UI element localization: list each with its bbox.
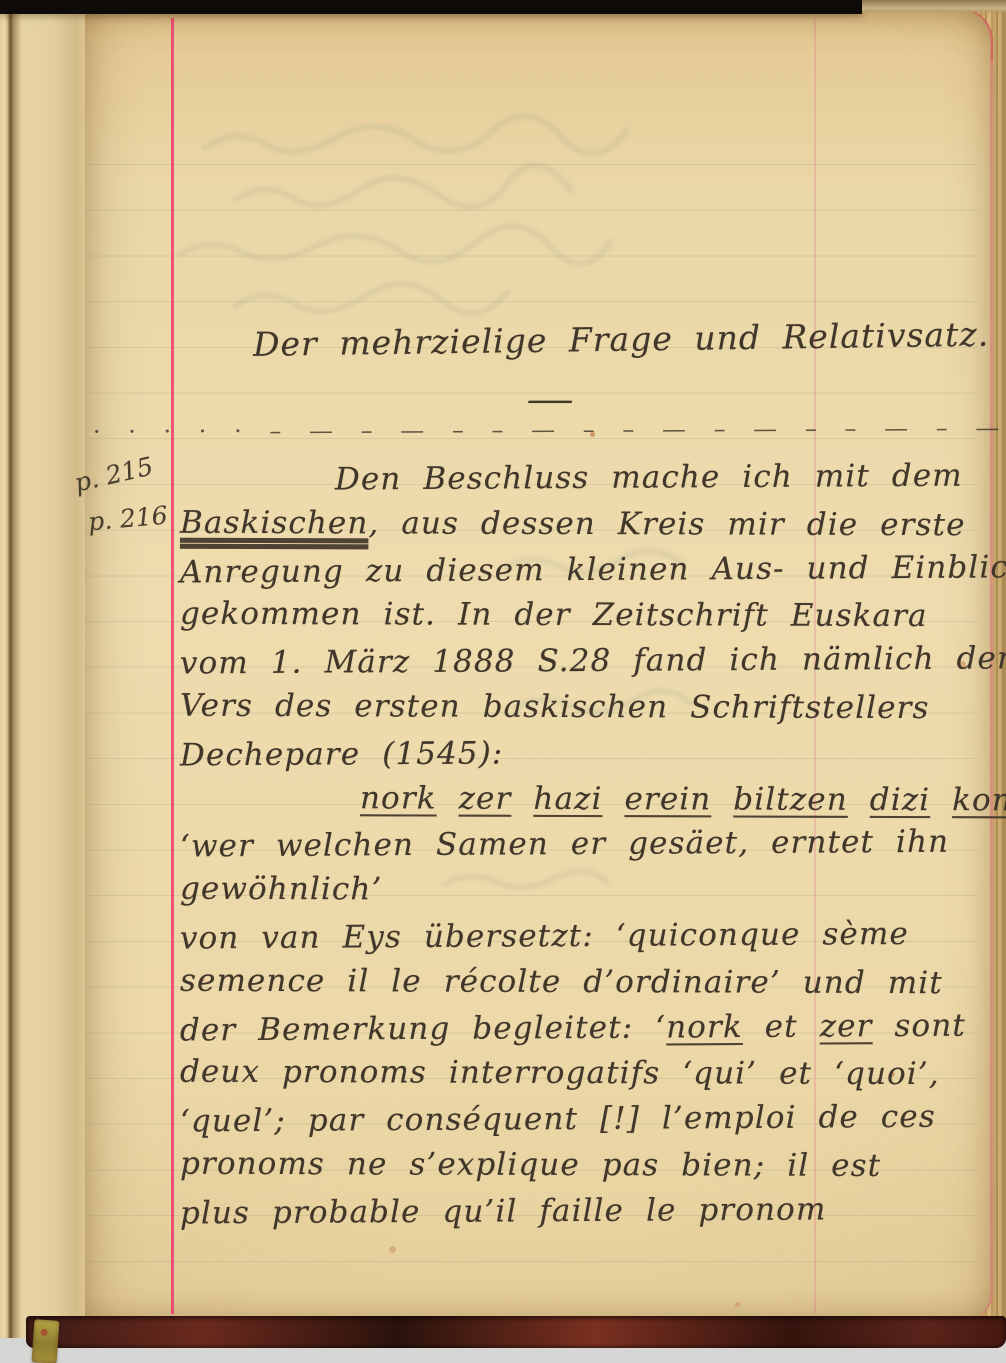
text-segment: , aus dessen Kreis mir die erste [368,505,965,543]
manuscript-line: semence il le récolte d’ordinaire’ und m… [180,963,980,1011]
manuscript-line: deux pronoms interrogatifs ‘qui’ et ‘quo… [180,1054,980,1102]
underlined-word: zer [820,1008,873,1044]
text-segment: pronoms ne s’explique pas bien; il est [180,1146,881,1184]
notebook-manuscript-photo: Der mehrzielige Frage und Relativsatz. —… [0,0,1006,1363]
manuscript-line: Dechepare (1545): [180,732,980,783]
underlined-word: Baskischen [180,505,369,542]
text-segment: der Bemerkung begleitet: ‘ [180,1009,666,1048]
manuscript-line: Den Beschluss mache ich mit dem [180,458,980,509]
manuscript-line: gewöhnlich’ [180,871,980,919]
manuscript-lines: Den Beschluss mache ich mit demBaskische… [180,460,980,1239]
text-segment: Anregung zu diesem kleinen Aus- und Einb… [180,549,1006,590]
manuscript-page: Der mehrzielige Frage und Relativsatz. —… [85,8,993,1318]
text-segment [711,781,733,817]
top-photo-edge [0,0,862,14]
manuscript-line: der Bemerkung begleitet: ‘nork et zer so… [180,1007,980,1058]
manuscript-line: pronoms ne s’explique pas bien; il est [180,1146,980,1194]
top-page-edge [862,0,1006,12]
text-segment [602,781,624,817]
underlined-word: nork [666,1009,743,1045]
manuscript-line: Anregung zu diesem kleinen Aus- und Einb… [180,549,980,600]
underlined-word: erein [624,781,711,817]
text-segment: plus probable qu’il faille le pronom [180,1191,827,1231]
text-segment: semence il le récolte d’ordinaire’ und m… [180,963,943,1001]
text-segment: gekommen ist. In der Zeitschrift Euskara [180,596,928,634]
underlined-word: hazi [533,780,602,816]
book-gutter [0,6,90,1338]
title-separator-dash: — [526,380,574,420]
manuscript-line: nork zer hazi erein biltzen dizi komunki… [180,779,980,827]
manuscript-line: vom 1. März 1888 S.28 fand ich nämlich d… [180,641,980,692]
underlined-word: biltzen [733,781,848,817]
manuscript-line: gekommen ist. In der Zeitschrift Euskara [180,596,980,644]
manuscript-line: Baskischen, aus dessen Kreis mir die ers… [180,505,980,553]
text-segment: ‘wer welchen Samen er gesäet, erntet ihn [180,824,949,865]
manuscript-line: Vers des ersten baskischen Schriftstelle… [180,688,980,736]
underlined-word: nork [360,780,437,816]
book-cover-edge [26,1316,1006,1348]
bookmark-ribbon [32,1319,60,1363]
manuscript-line: ‘quel’; par conséquent [!] l’emploi de c… [180,1099,980,1150]
text-segment: sont [872,1007,966,1044]
text-segment: Vers des ersten baskischen Schriftstelle… [180,688,930,726]
text-segment: Dechepare (1545): [180,735,504,773]
text-segment: gewöhnlich’ [180,871,383,908]
text-segment [930,782,952,818]
manuscript-line: von van Eys übersetzt: ‘quiconque sème [180,916,980,967]
text-segment: et [743,1008,820,1044]
manuscript-line: ‘wer welchen Samen er gesäet, erntet ihn [180,824,980,875]
underlined-word: zer [459,780,512,816]
text-segment [511,780,533,816]
text-segment [437,780,459,816]
manuscript-line: plus probable qu’il faille le pronom [180,1190,980,1241]
dotted-rule: · · · · · – — – — – – — – – — – — – – — … [93,414,883,445]
text-segment: von van Eys übersetzt: ‘quiconque sème [180,916,909,956]
text-segment: Den Beschluss mache ich mit dem [335,458,963,498]
underlined-word: dizi [870,781,931,817]
text-segment: ‘quel’; par conséquent [!] l’emploi de c… [180,1099,936,1140]
text-segment: vom 1. März 1888 S.28 fand ich nämlich d… [180,641,1006,682]
text-segment [848,781,870,817]
underlined-word: komunki [952,782,1006,818]
text-segment: deux pronoms interrogatifs ‘qui’ et ‘quo… [180,1054,940,1092]
